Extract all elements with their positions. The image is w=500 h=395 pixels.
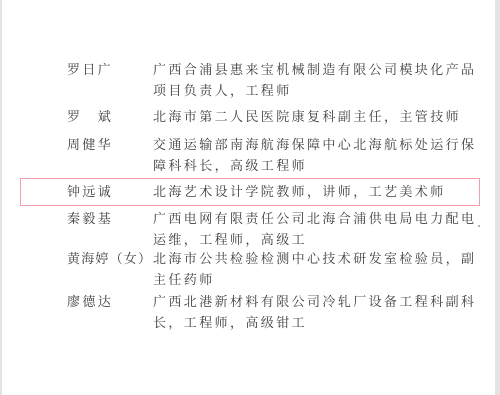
person-name: 周健华 <box>67 136 113 156</box>
person-name: 钟远诚 <box>67 183 113 203</box>
person-description: 交通运输部南海航海保障中心北海航标处运行保 障科科长，高级工程师 <box>153 136 443 177</box>
person-description: 广西合浦县惠来宝机械制造有限公司模块化产品 项目负责人，工程师 <box>153 61 443 102</box>
description-line: 长，工程师，高级钳工 <box>153 314 443 335</box>
description-line: 广西北港新材料有限公司冷轧厂设备工程科副科 <box>153 293 443 314</box>
scan-speck <box>479 198 480 201</box>
person-name: 秦毅基 <box>67 210 113 230</box>
description-line: 广西合浦县惠来宝机械制造有限公司模块化产品 <box>153 61 443 82</box>
person-name: 黄海婷（女） <box>67 250 152 270</box>
person-description: 广西电网有限责任公司北海合浦供电局电力配电 运维，工程师，高级工 <box>153 210 443 251</box>
person-name: 罗 斌 <box>67 108 113 128</box>
person-description: 北海市公共检验检测中心技术研发室检验员，副 主任药师 <box>153 250 443 291</box>
person-name: 廖德达 <box>67 293 113 313</box>
description-line: 交通运输部南海航海保障中心北海航标处运行保 <box>153 136 443 157</box>
document-page: 罗日广 广西合浦县惠来宝机械制造有限公司模块化产品 项目负责人，工程师 罗 斌 … <box>2 0 495 395</box>
description-line: 障科科长，高级工程师 <box>153 157 443 178</box>
person-description: 北海艺术设计学院教师，讲师，工艺美术师 <box>153 183 443 204</box>
description-line: 广西电网有限责任公司北海合浦供电局电力配电 <box>153 210 443 231</box>
description-line: 项目负责人，工程师 <box>153 82 443 103</box>
person-name: 罗日广 <box>67 61 113 81</box>
description-line: 北海艺术设计学院教师，讲师，工艺美术师 <box>153 183 443 204</box>
person-description: 北海市第二人民医院康复科副主任，主管技师 <box>153 108 443 129</box>
description-line: 北海市公共检验检测中心技术研发室检验员，副 <box>153 250 443 271</box>
description-line: 北海市第二人民医院康复科副主任，主管技师 <box>153 108 443 129</box>
person-description: 广西北港新材料有限公司冷轧厂设备工程科副科 长，工程师，高级钳工 <box>153 293 443 334</box>
description-line: 主任药师 <box>153 271 443 292</box>
description-line: 运维，工程师，高级工 <box>153 231 443 252</box>
scan-speck <box>478 225 480 227</box>
